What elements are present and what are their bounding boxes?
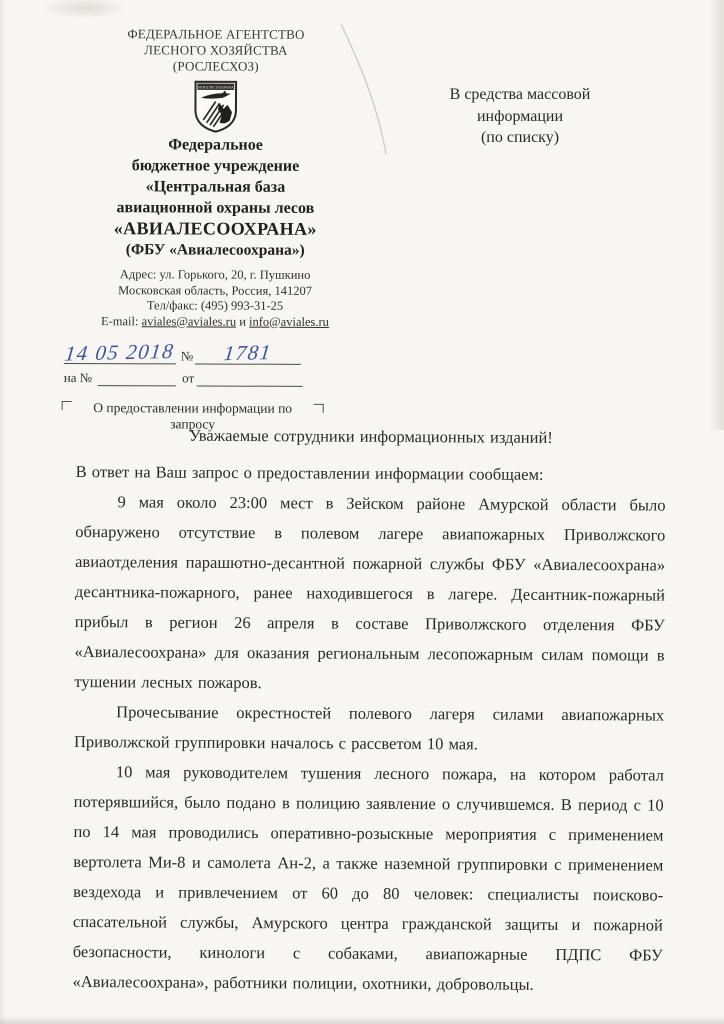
scanned-letter-page: ФЕДЕРАЛЬНОЕ АГЕНТСТВО ЛЕСНОГО ХОЗЯЙСТВА …: [0, 0, 724, 1024]
corner-bracket-right-icon: [314, 404, 324, 413]
email-line: E-mail: aviales@aviales.ru и info@aviale…: [57, 313, 373, 330]
email-label: E-mail:: [101, 314, 139, 328]
email-address: aviales@aviales.ru: [142, 314, 237, 328]
aviales-emblem-icon: АВИАЛЕСООХРАНА: [193, 79, 239, 133]
agency-name-line: ЛЕСНОГО ХОЗЯЙСТВА: [58, 42, 374, 59]
salutation: Уважаемые сотрудники информационных изда…: [76, 420, 666, 454]
number-field: 1781: [195, 342, 301, 364]
handwritten-date: 14 05 2018: [64, 341, 176, 364]
body-paragraph: 9 мая около 23:00 мест в Зейском районе …: [74, 487, 665, 701]
number-sign: №: [181, 348, 193, 364]
address-block: Адрес: ул. Горького, 20, г. Пушкино Моск…: [57, 267, 373, 330]
phone-fax: Тел/факс: (495) 993-31-25: [57, 298, 373, 315]
org-name-line: Федеральное: [58, 134, 374, 156]
reply-number-blank: [98, 385, 176, 386]
body-paragraph: Прочесывание окрестностей полевого лагер…: [74, 697, 664, 761]
org-name-line: «Центральная база: [57, 176, 373, 198]
reply-from-label: от: [182, 370, 194, 386]
reply-to-label: на №: [64, 370, 92, 386]
org-name-line: бюджетное учреждение: [57, 155, 373, 177]
intro-paragraph: В ответ на Ваш запрос о предоставлении и…: [76, 457, 666, 491]
email-address: info@aviales.ru: [249, 314, 329, 328]
address-street: Адрес: ул. Горького, 20, г. Пушкино: [57, 267, 373, 284]
outgoing-date-number-row: 14 05 2018 № 1781: [64, 337, 373, 365]
letter-body: Уважаемые сотрудники информационных изда…: [72, 420, 666, 1001]
recipient-line: информации: [424, 106, 616, 128]
letterhead: ФЕДЕРАЛЬНОЕ АГЕНТСТВО ЛЕСНОГО ХОЗЯЙСТВА …: [57, 26, 374, 433]
address-region: Московская область, Россия, 141207: [57, 282, 373, 299]
agency-name-line: (РОСЛЕСХОЗ): [58, 58, 374, 75]
body-paragraph: 10 мая руководителем тушения лесного пож…: [72, 757, 663, 1001]
org-name-caps: «АВИАЛЕСООХРАНА»: [57, 218, 373, 240]
recipient-line: (по списку): [424, 127, 616, 149]
handwritten-number: 1781: [223, 342, 273, 363]
corner-bracket-left-icon: [62, 401, 72, 410]
recipient-block: В средства массовой информации (по списк…: [424, 84, 616, 149]
agency-name-line: ФЕДЕРАЛЬНОЕ АГЕНТСТВО: [58, 26, 374, 43]
org-name-abbrev: (ФБУ «Авиалесоохрана»): [57, 239, 373, 261]
recipient-line: В средства массовой: [424, 84, 616, 106]
reply-reference-row: на № от: [64, 369, 373, 387]
logo-banner-text: АВИАЛЕСООХРАНА: [198, 85, 235, 89]
email-conjunction: и: [239, 314, 246, 328]
reply-date-blank: [197, 385, 303, 386]
date-field: 14 05 2018: [64, 342, 176, 364]
org-name-line: авиационной охраны лесов: [57, 197, 373, 219]
reference-block: 14 05 2018 № 1781 на № от: [57, 337, 373, 387]
